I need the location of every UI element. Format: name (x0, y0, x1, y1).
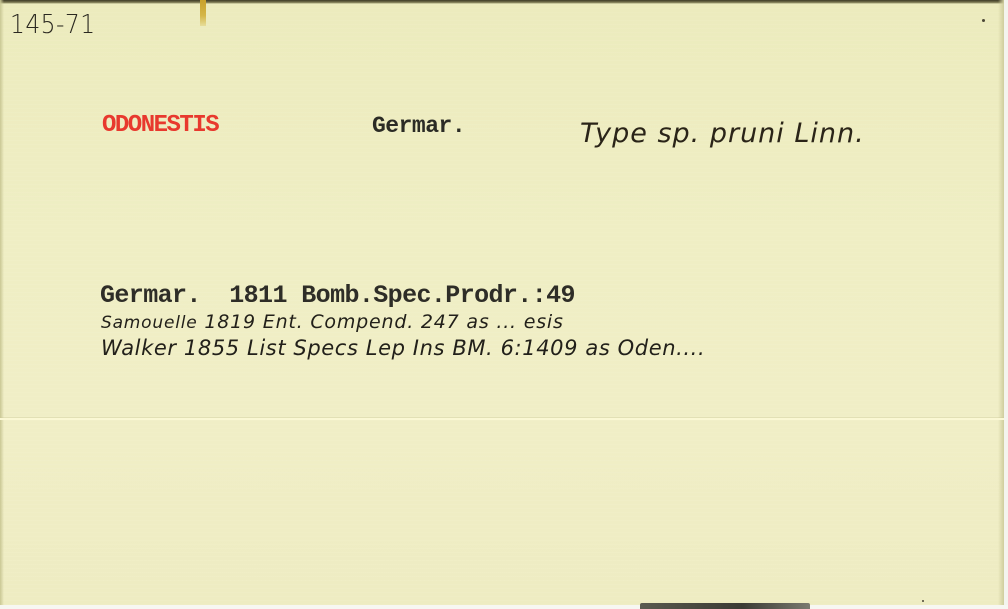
handwritten-reference-year: 1855 (184, 336, 240, 360)
handwritten-reference-year: 1819 (204, 311, 256, 333)
typed-reference-year: 1811 (229, 281, 287, 310)
ink-speck (922, 600, 924, 602)
ink-speck (982, 19, 985, 22)
handwritten-reference-citation: List Specs Lep Ins BM. 6:1409 as Oden...… (247, 336, 705, 360)
card-left-edge (0, 0, 4, 605)
handwritten-reference-author: Walker (101, 336, 177, 360)
type-species-note: Type sp. pruni Linn. (580, 118, 865, 149)
card-top-edge-shadow (0, 0, 1004, 4)
scan-bottom-border (0, 605, 1008, 609)
typed-reference-author: Germar. (100, 281, 201, 310)
handwritten-reference-citation: Ent. Compend. 247 as ... esis (263, 311, 564, 333)
genus-name: ODONESTIS (102, 112, 218, 139)
catalog-number: 145-71 (10, 10, 96, 40)
handwritten-reference: Walker 1855 List Specs Lep Ins BM. 6:140… (101, 336, 705, 360)
card-fold-line (0, 418, 1004, 420)
genus-author: Germar. (372, 113, 465, 139)
scan-bottom-shadow (640, 603, 810, 609)
index-card: 145-71 ODONESTIS Germar. Type sp. pruni … (0, 0, 1004, 605)
typed-reference: Germar. 1811 Bomb.Spec.Prodr.:49 (100, 281, 575, 310)
yellow-tab-mark (200, 0, 206, 26)
card-right-edge (998, 0, 1004, 605)
handwritten-reference-author: Samouelle (101, 313, 198, 333)
handwritten-reference: Samouelle 1819 Ent. Compend. 247 as ... … (101, 311, 564, 333)
typed-reference-citation: Bomb.Spec.Prodr.:49 (301, 281, 575, 310)
